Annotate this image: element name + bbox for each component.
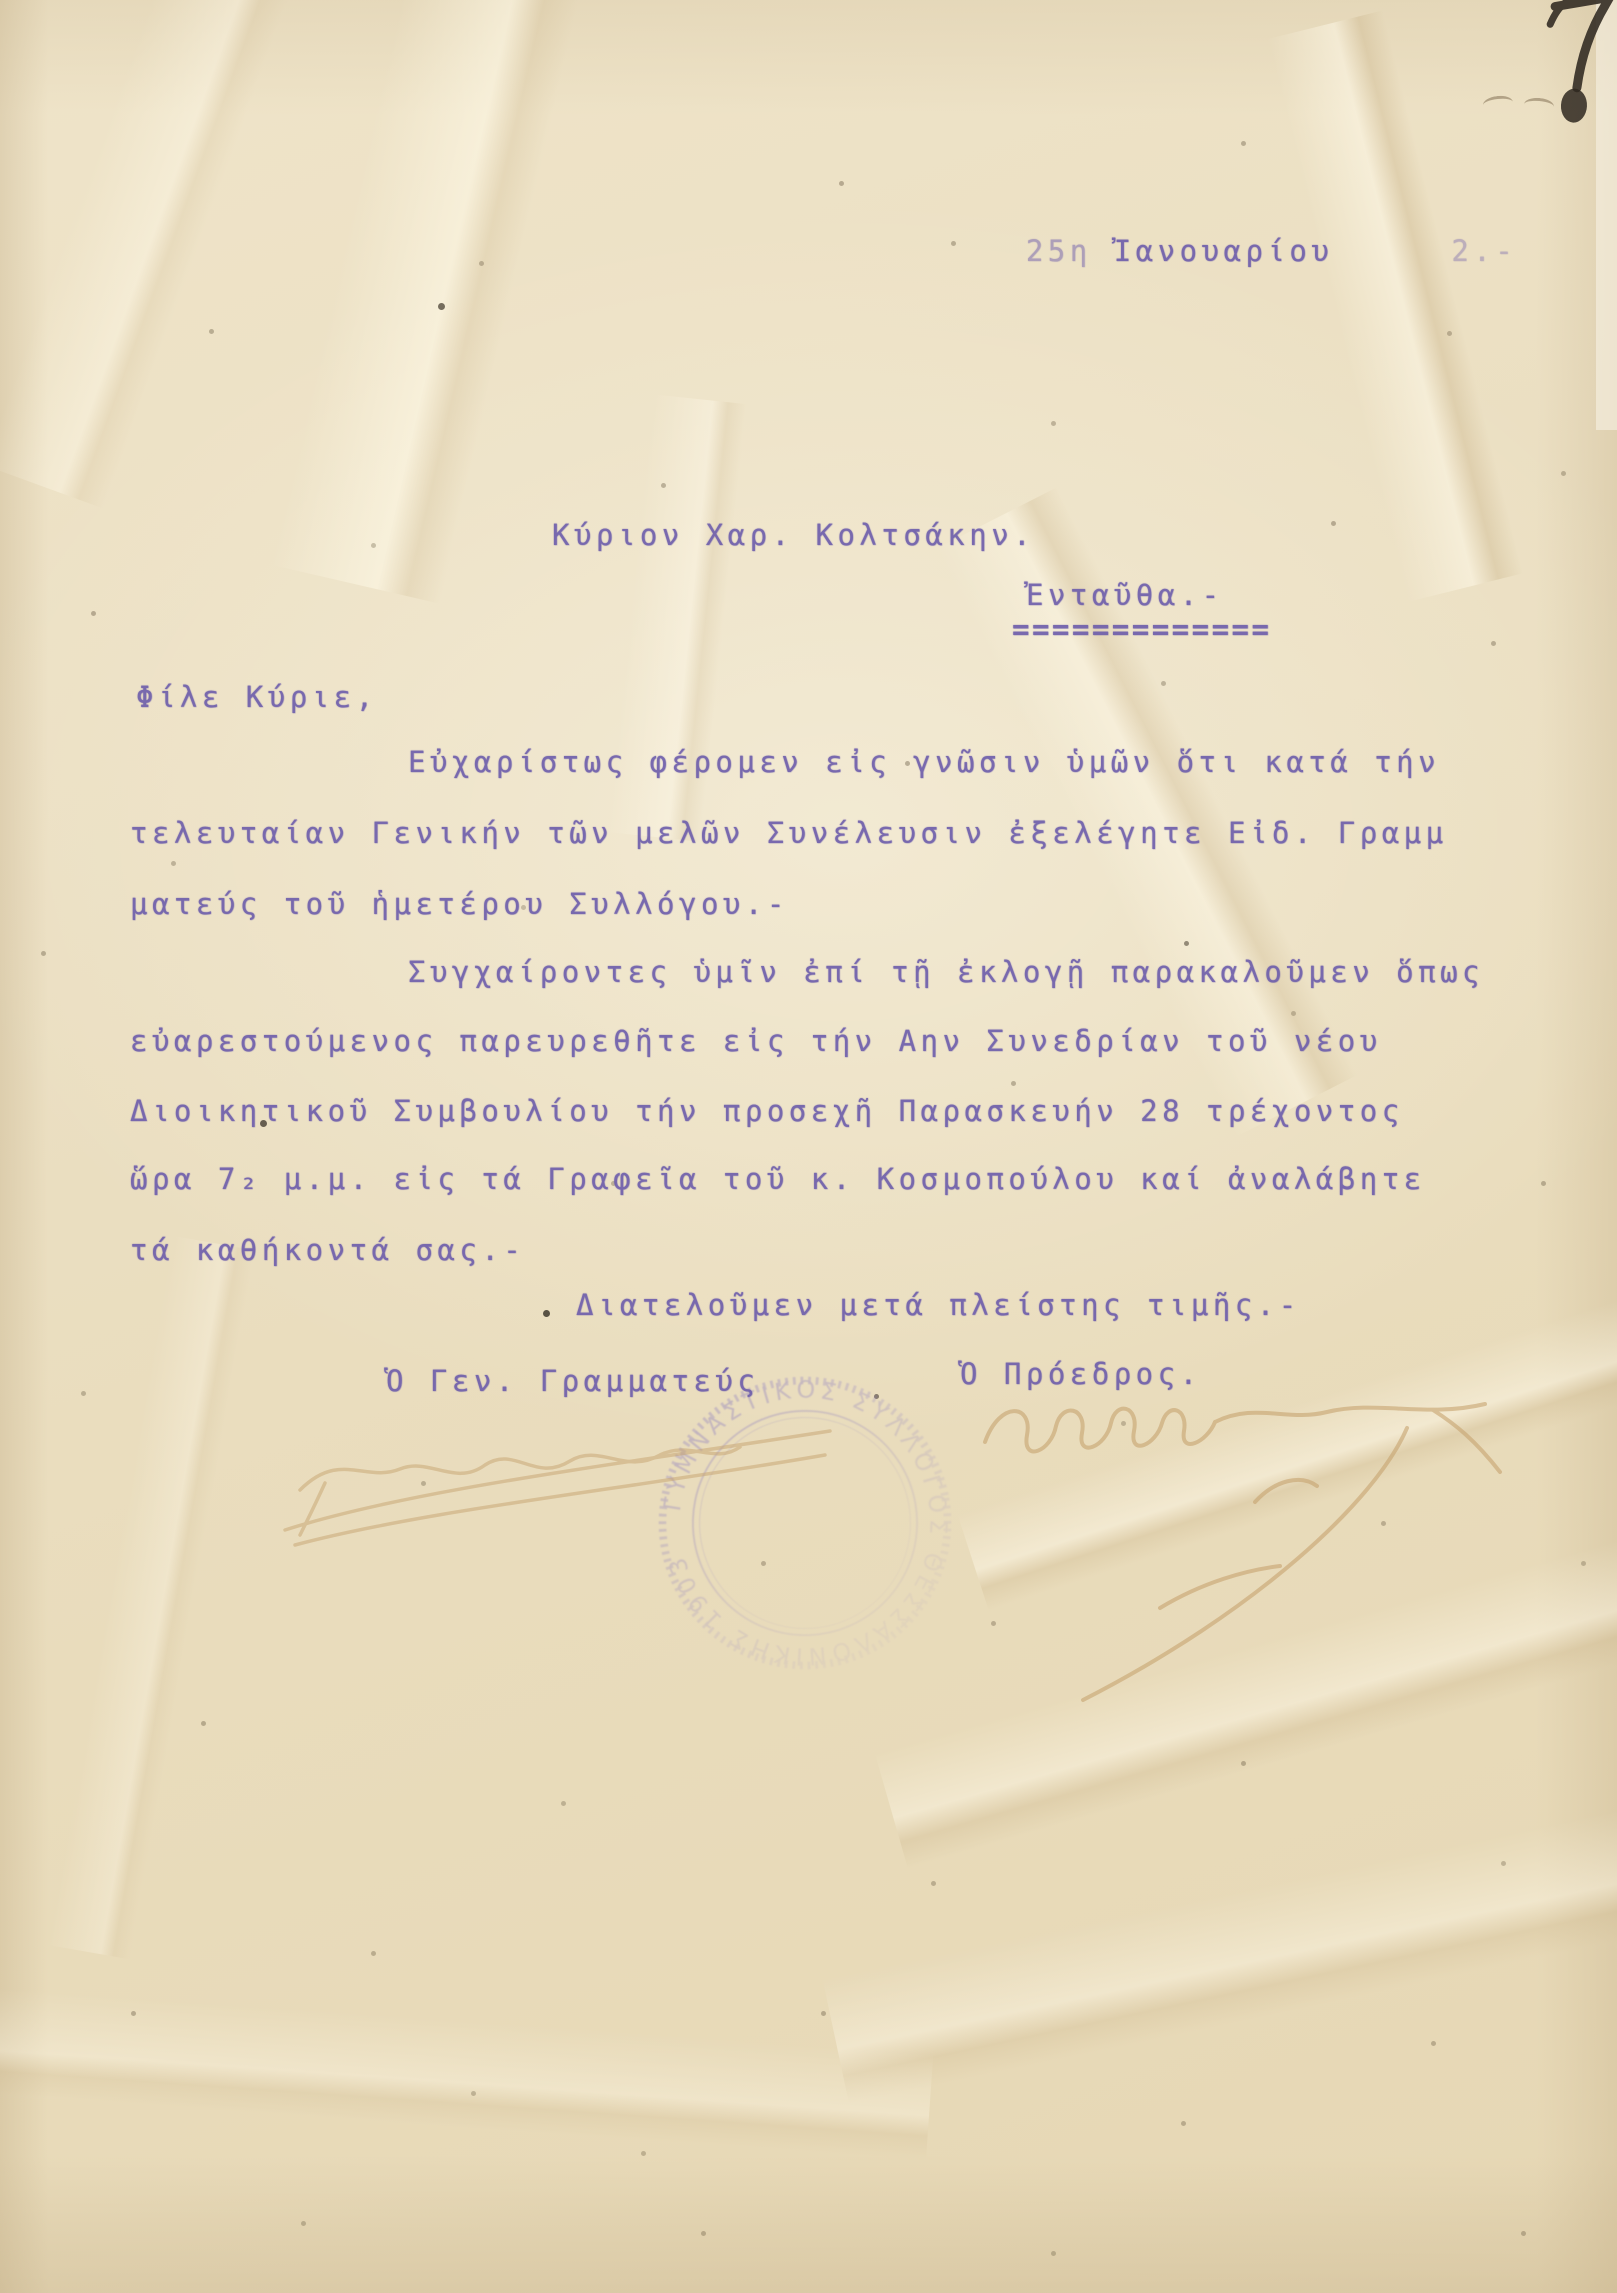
paper-crease (48, 1236, 281, 1964)
president-signature (955, 1380, 1535, 1730)
paper-specks (0, 0, 3, 3)
date-line: 25η Ἰανουαρίου2.- (938, 200, 1517, 302)
body-line: τελευταίαν Γενικήν τῶν μελῶν Συνέλευσιν … (130, 816, 1448, 850)
date-month: Ἰανουαρίου (1114, 234, 1334, 268)
salutation: Φίλε Κύριε, (136, 680, 378, 714)
secretary-title: Ὁ Γεν. Γραμματεύς (386, 1364, 759, 1398)
body-line: Εὐχαρίστως φέρομεν εἰς γνῶσιν ὑμῶν ὅτι κ… (408, 745, 1440, 779)
paper-crease (958, 1292, 1617, 1638)
recipient-line: Κύριον Χαρ. Κολτσάκην. (552, 518, 1035, 552)
date-year: 2.- (1451, 234, 1517, 268)
body-line: Συγχαίροντες ὑμῖν ἐπί τῇ ἐκλογῇ παρακαλο… (408, 955, 1484, 989)
page-number-annotation: 7 (1538, 0, 1617, 144)
paper-crease (823, 1804, 1617, 2135)
president-title: Ὁ Πρόεδρος. (960, 1357, 1202, 1391)
closing-line: Διατελοῦμεν μετά πλείστης τιμῆς.- (576, 1288, 1301, 1322)
body-line: ὥρα 7₂ μ.μ. εἰς τά Γραφεῖα τοῦ κ. Κοσμοπ… (130, 1162, 1426, 1196)
separator-line: ============= (1012, 612, 1271, 646)
paper-crease (0, 1987, 933, 2183)
pencil-tick-mark (1482, 94, 1513, 112)
letter-page: 7 25η Ἰανουαρίου2.- Κύριον Χαρ. Κολτσάκη… (0, 0, 1617, 2293)
date-day: 25η (1026, 234, 1092, 268)
stamp-text: ΓΥΜΝΑΣΤΙΚΟΣ ΣΥΛΛΟΓΟΣ ΘΕΣΣΑΛΟΝΙΚΗΣ 1903 (634, 1352, 976, 1694)
body-line: τά καθήκοντά σας.- (130, 1233, 525, 1267)
svg-text:ΓΥΜΝΑΣΤΙΚΟΣ ΣΥΛΛΟΓΟΣ ΘΕΣΣΑΛΟΝΙ: ΓΥΜΝΑΣΤΙΚΟΣ ΣΥΛΛΟΓΟΣ ΘΕΣΣΑΛΟΝΙΚΗΣ 1903 (634, 1352, 976, 1694)
place-line: Ἐνταῦθα.- (1026, 578, 1224, 612)
paper-crease (0, 0, 327, 523)
body-line: ματεύς τοῦ ἡμετέρου Συλλόγου.- (130, 887, 789, 921)
body-line: εὐαρεστούμενος παρευρεθῆτε εἰς τήν Αην Σ… (130, 1024, 1382, 1058)
body-line: Διοικητικοῦ Συμβουλίου τήν προσεχῆ Παρασ… (130, 1094, 1404, 1128)
